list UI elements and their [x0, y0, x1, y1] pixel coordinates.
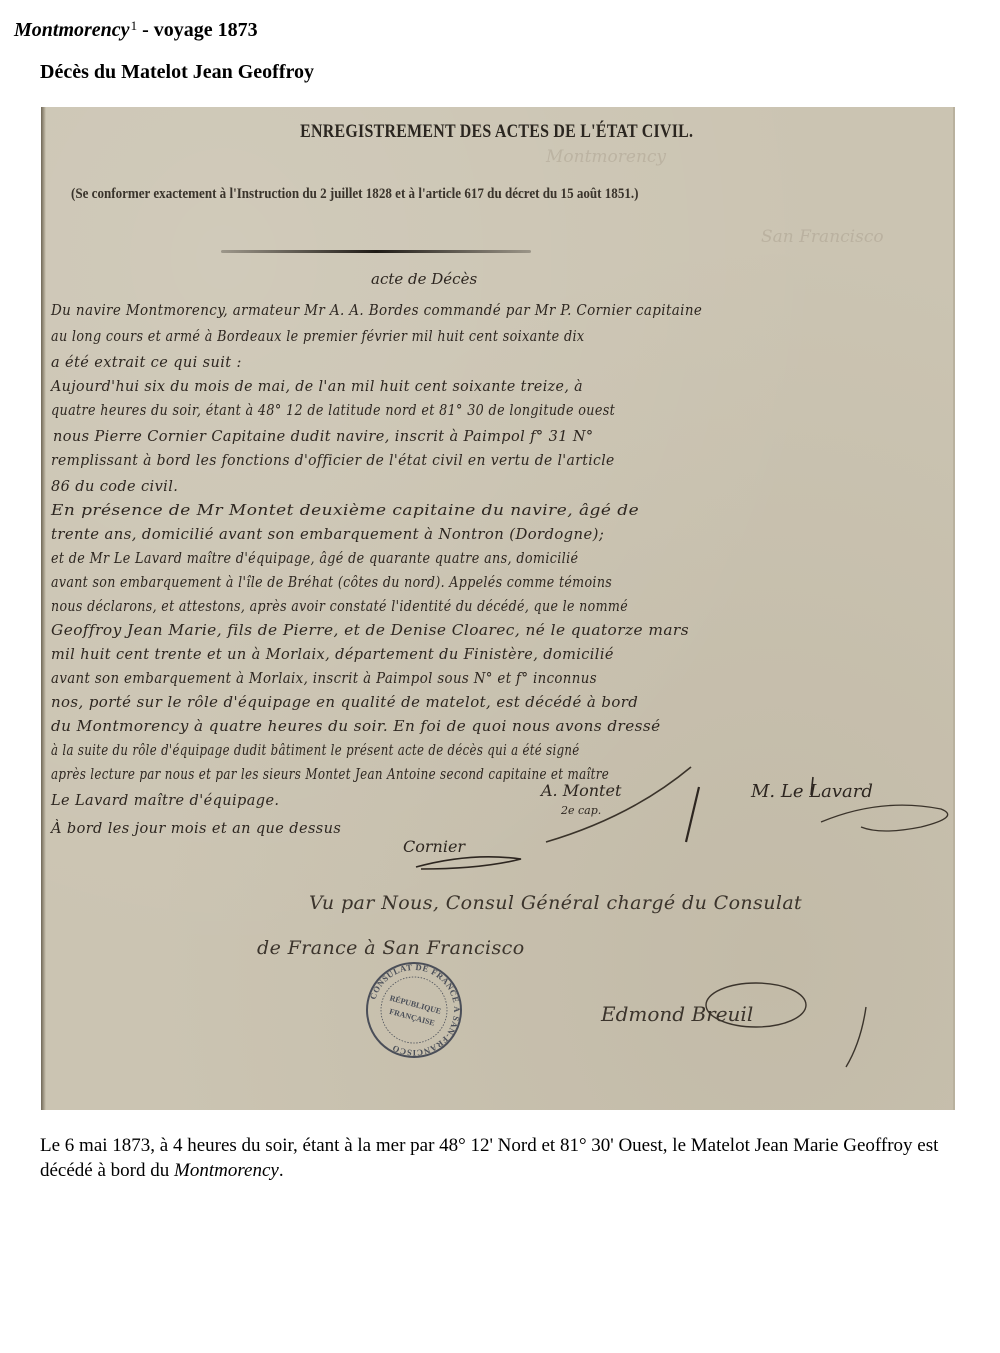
act-title: acte de Décès — [371, 270, 477, 288]
heading-suffix: - voyage 1873 — [137, 19, 258, 41]
decorative-rule — [221, 250, 531, 253]
handwritten-line: En présence de Mr Montet deuxième capita… — [51, 503, 639, 519]
caption-ship-name: Montmorency — [174, 1160, 279, 1181]
handwritten-line: du Montmorency à quatre heures du soir. … — [51, 719, 661, 735]
handwritten-line: À bord les jour mois et an que dessus — [51, 821, 341, 837]
page-subheading: Décès du Matelot Jean Geoffroy — [40, 60, 314, 84]
handwritten-line: nous Pierre Cornier Capitaine dudit navi… — [53, 429, 594, 445]
page-heading: Montmorency1 - voyage 1873 — [14, 14, 258, 42]
handwritten-line: 86 du code civil. — [51, 479, 178, 495]
handwritten-line: avant son embarquement à Morlaix, inscri… — [51, 671, 597, 687]
signature-flourishes — [361, 757, 955, 877]
faint-bleedthrough-text: San Francisco — [761, 227, 884, 247]
scan-edge — [953, 107, 955, 1110]
handwritten-line: a été extrait ce qui suit : — [51, 355, 242, 371]
handwritten-line: remplissant à bord les fonctions d'offic… — [51, 453, 615, 469]
handwritten-line: trente ans, domicilié avant son embarque… — [51, 527, 604, 543]
document-scan-image: ENREGISTREMENT DES ACTES DE L'ÉTAT CIVIL… — [41, 107, 955, 1110]
handwritten-line: quatre heures du soir, étant à 48° 12 de… — [51, 403, 615, 419]
caption: Le 6 mai 1873, à 4 heures du soir, étant… — [40, 1133, 970, 1183]
faint-bleedthrough-text: Montmorency — [546, 147, 666, 167]
caption-end: . — [279, 1160, 284, 1181]
consul-endorsement-line: Vu par Nous, Consul Général chargé du Co… — [309, 892, 802, 914]
handwritten-line: Du navire Montmorency, armateur Mr A. A.… — [51, 303, 702, 319]
printed-form-title: ENREGISTREMENT DES ACTES DE L'ÉTAT CIVIL… — [104, 122, 890, 143]
consul-signature-flourish — [681, 967, 881, 1077]
handwritten-line: Geoffroy Jean Marie, fils de Pierre, et … — [51, 623, 689, 639]
handwritten-line: avant son embarquement à l'île de Bréhat… — [51, 575, 612, 591]
printed-form-instruction: (Se conformer exactement à l'Instruction… — [71, 186, 638, 203]
handwritten-line: Le Lavard maître d'équipage. — [51, 793, 279, 809]
consul-endorsement-line: de France à San Francisco — [257, 937, 525, 959]
handwritten-line: au long cours et armé à Bordeaux le prem… — [51, 329, 584, 345]
ship-name: Montmorency — [14, 19, 130, 41]
handwritten-line: nous déclarons, et attestons, après avoi… — [51, 599, 628, 615]
scan-binding-shadow — [41, 107, 46, 1110]
consulate-stamp: CONSULAT DE FRANCE À SAN-FRANCISCO RÉPUB… — [364, 960, 464, 1060]
handwritten-line: nos, porté sur le rôle d'équipage en qua… — [51, 695, 638, 711]
handwritten-line: mil huit cent trente et un à Morlaix, dé… — [51, 647, 614, 663]
handwritten-line: Aujourd'hui six du mois de mai, de l'an … — [51, 379, 583, 395]
handwritten-line: et de Mr Le Lavard maître d'équipage, âg… — [51, 551, 578, 567]
